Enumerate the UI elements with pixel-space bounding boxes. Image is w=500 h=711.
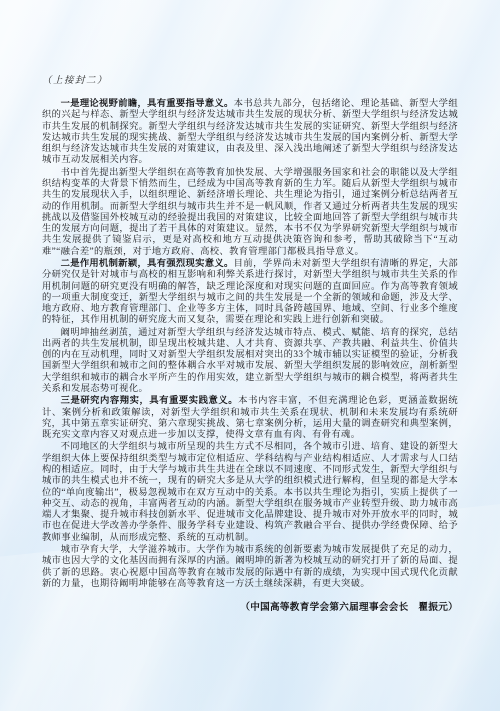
paragraph: 二是作用机制新颖，具有强烈现实意义。目前，学界尚未对新型大学组织有清晰的界定，大… — [42, 258, 458, 327]
paragraph: 城市孕育大学，大学滋养城市。大学作为城市系统的创新要素为城市发展提供了充足的动力… — [42, 544, 458, 590]
continuation-note: （上接封二） — [42, 72, 458, 86]
page-content: （上接封二） 一是理论视野前瞻，具有重要指导意义。本书总共九部分，包括绪论、理论… — [0, 0, 500, 613]
paragraph-body: 目前，学界尚未对新型大学组织有清晰的界定，大部分研究仅是针对城市与高校的相互影响… — [42, 259, 458, 325]
book-cover-inner-page: （上接封二） 一是理论视野前瞻，具有重要指导意义。本书总共九部分，包括绪论、理论… — [0, 0, 500, 711]
paragraph-lead: 一是理论视野前瞻，具有重要指导意义。 — [61, 98, 234, 108]
paragraph-lead: 二是作用机制新颖，具有强烈现实意义。 — [61, 258, 234, 268]
paragraph-body: 本书总共九部分，包括绪论、理论基础、新型大学组织的兴起与样态、新型大学组织与经济… — [42, 99, 458, 165]
paragraph-body: 城市孕育大学，大学滋养城市。大学作为城市系统的创新要素为城市发展提供了充足的动力… — [42, 545, 458, 589]
paragraph: 书中首先提出新型大学组织在高等教育加快发展、大学增强服务国家和社会的职能以及大学… — [42, 167, 458, 258]
paragraph-body: 阚明坤抽丝剥茧，通过对新型大学组织与经济发达城市特点、模式、赋能、培育的探究，总… — [42, 328, 458, 394]
paragraph: 三是研究内容翔实，具有重要实践意义。本书内容丰富，不但充满理论色彩，更涵盖数据统… — [42, 395, 458, 441]
paragraph: 一是理论视野前瞻，具有重要指导意义。本书总共九部分，包括绪论、理论基础、新型大学… — [42, 98, 458, 167]
review-text: 一是理论视野前瞻，具有重要指导意义。本书总共九部分，包括绪论、理论基础、新型大学… — [42, 98, 458, 590]
reviewer-signature: （中国高等教育学会第六届理事会会长 瞿振元） — [42, 599, 458, 613]
paragraph: 阚明坤抽丝剥茧，通过对新型大学组织与经济发达城市特点、模式、赋能、培育的探究，总… — [42, 327, 458, 396]
paragraph: 不同地区的大学组织与城市所呈现的共生方式不尽相同，各个城市引进、培育、建设的新型… — [42, 441, 458, 544]
paragraph-body: 书中首先提出新型大学组织在高等教育加快发展、大学增强服务国家和社会的职能以及大学… — [42, 168, 458, 257]
paragraph-body: 不同地区的大学组织与城市所呈现的共生方式不尽相同，各个城市引进、培育、建设的新型… — [42, 442, 458, 542]
paragraph-lead: 三是研究内容翔实，具有重要实践意义。 — [61, 395, 239, 405]
